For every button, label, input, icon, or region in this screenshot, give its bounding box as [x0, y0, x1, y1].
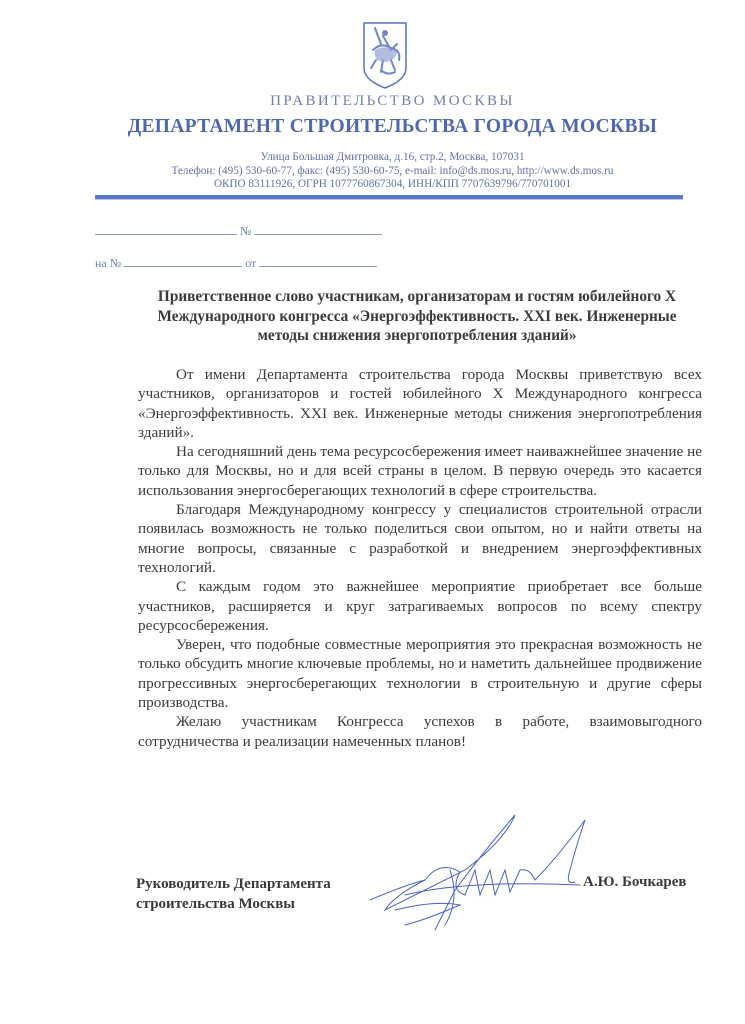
- reply-number-blank: [124, 256, 242, 267]
- phones-email-website: Телефон: (495) 530-60-77, факс: (495) 53…: [40, 165, 745, 179]
- outgoing-number-blank: [254, 224, 382, 235]
- paragraph: От имени Департамента строительства горо…: [138, 365, 702, 442]
- signer-position: Руководитель Департамента строительства …: [136, 874, 331, 914]
- paragraph: Уверен, что подобные совместные мероприя…: [138, 635, 702, 712]
- signer-position-line2: строительства Москвы: [136, 894, 331, 914]
- signer-name: А.Ю. Бочкарев: [583, 874, 686, 891]
- letter-body: От имени Департамента строительства горо…: [138, 365, 702, 751]
- paragraph: Желаю участникам Конгресса успехов в раб…: [138, 712, 702, 751]
- moscow-coat-of-arms-icon: [361, 20, 409, 90]
- handwritten-signature-icon: [365, 800, 605, 935]
- number-label: №: [240, 224, 251, 238]
- reply-reference-line: на № от: [95, 256, 377, 271]
- address: Улица Большая Дмитровка, д.16, стр.2, Мо…: [40, 151, 745, 165]
- registry-codes: ОКПО 83111926, ОГРН 1077760867304, ИНН/К…: [40, 178, 745, 192]
- paragraph: С каждым годом это важнейшее мероприятие…: [138, 577, 702, 635]
- government-name: ПРАВИТЕЛЬСТВО МОСКВЫ: [0, 93, 745, 110]
- date-label: от: [245, 256, 256, 270]
- signer-position-line1: Руководитель Департамента: [136, 874, 331, 894]
- outgoing-date-blank: [95, 224, 237, 235]
- header-divider-shadow: [95, 199, 683, 200]
- letter-title: Приветственное слово участникам, организ…: [138, 287, 696, 346]
- paragraph: Благодаря Международному конгрессу у спе…: [138, 500, 702, 577]
- contact-block: Улица Большая Дмитровка, д.16, стр.2, Мо…: [0, 151, 745, 192]
- outgoing-number-line: №: [95, 224, 382, 239]
- reply-number-label: на №: [95, 256, 121, 270]
- reply-date-blank: [259, 256, 377, 267]
- paragraph: На сегодняшний день тема ресурсосбережен…: [138, 442, 702, 500]
- department-name: ДЕПАРТАМЕНТ СТРОИТЕЛЬСТВА ГОРОДА МОСКВЫ: [0, 116, 745, 138]
